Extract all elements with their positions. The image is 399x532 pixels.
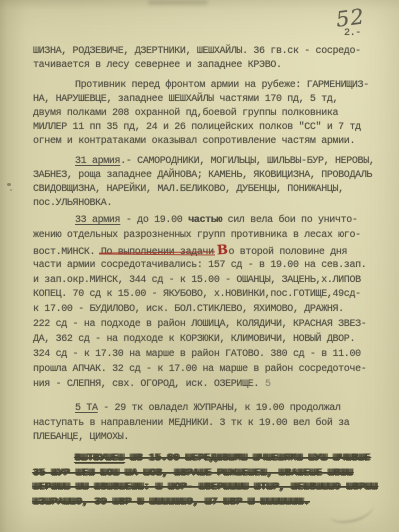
document-line: НА, НАРУШЕВЦЕ, западнее ШЕШХАЙЛЫ частями… [33,93,391,107]
paragraph-enemy: Противник перед фронтом армии на рубеже:… [33,79,391,149]
document-line: ДА, 362 сд - на подходе к КОРЗЮКИ, КЛИМО… [33,333,391,348]
document-line: тачивается в лесу севернее и западнее КР… [33,59,391,73]
red-strikethrough-text: По выполнении задачи [101,246,214,261]
heading-underlined: 5 ТА [75,403,98,414]
document-line: части армии сосредотачивались: 157 сд - … [33,259,391,274]
document-line: 31 армия.- САМОРОДНИКИ, МОГИЛЬЦЫ, ШИЛЬВЫ… [33,155,391,169]
document-line: прошла АПЧАК. 32 сд - к 17.00 на марше в… [33,363,391,378]
document-line: к 17.00 - БУДИЛОВО, иск. БОЛ.СТИКЛЕВО, Я… [33,303,391,318]
document-text: сил вела бои по уничто- [222,215,358,226]
document-line: пос.УЛЬЯНОВКА. [33,197,391,211]
typed-page-number: 2.- [344,28,361,39]
obliterated-line: ВШТВУШЕШ ШВ 15.00 ШЕРЕДШВШМШ ШЧШЕШЯМШ ШУ… [33,452,391,467]
red-correction-letter: В [216,243,228,259]
obliterated-text: ВШТВУШЕШ [75,453,124,464]
document-line: ния - СЛЕПНЯ, свх. ОГОРОД, иск. ОЗЕРИЩЕ.… [33,378,391,393]
document-text: ния - СЛЕПНЯ, свх. ОГОРОД, иск. ОЗЕРИЩЕ. [33,379,259,390]
paper-stain [10,189,12,191]
document-line: 222 сд - на подходе в район ЛОШИЦА, КОЛЯ… [33,318,391,333]
document-text: .- САМОРОДНИКИ, МОГИЛЬЦЫ, ШИЛЬВЫ-БУР, НЕ… [120,156,374,167]
document-line: МИЛЛЕР 11 пп 35 пд, 24 и 26 полицейских … [33,121,391,135]
document-line: КОПЕЦ. 70 сд к 15.00 - ЯКУБОВО, х.НОВИНК… [33,288,391,303]
document-text: частью [188,215,222,226]
document-text: - 29 тк овладел ЖУПРАНЫ, к 19.00 продолж… [98,403,341,414]
document-line: ЗАБНЕЗ, роща западнее ДАЙНОВА; КАМЕНЬ, Я… [33,169,391,183]
paragraph-5-tank-army: 5 ТА - 29 тк овладел ЖУПРАНЫ, к 19.00 пр… [33,402,391,446]
paragraph-31-army: 31 армия.- САМОРОДНИКИ, МОГИЛЬЦЫ, ШИЛЬВЫ… [33,155,391,211]
document-line: 33 армия - до 19.00 частью сил вела бои … [33,214,391,229]
document-text: вост.МИНСК. [33,247,101,258]
paragraph-33-army: 33 армия - до 19.00 частью сил вела бои … [33,214,391,393]
paper-stain [148,0,208,5]
obliterated-line: ШЕРШШШ ШШ ШВШВШЕШШ: Ш ШОР- ШВЕРШШШШ ШТШР… [33,481,391,496]
document-line: СВИДОВЩИЗНА, НАРЕЙКИ, МАЛ.БЕЛИКОВО, ДУБЕ… [33,183,391,197]
document-line: ПЛЕБАНЦЕ, ЦИМОХЫ. [33,431,391,446]
document-line: 5 ТА - 29 тк овладел ЖУПРАНЫ, к 19.00 пр… [33,402,391,417]
document-line: жению отдельных разрозненных групп проти… [33,229,391,244]
paragraph-continuation: ШИЗНА, РОДЗЕВИЧЕ, ДЗЕРТНИКИ, ШЕШХАЙЛЫ. 3… [33,45,391,73]
obliterated-text: ШВ 15.00 ШЕРЕДШВШМШ ШЧШЕШЯМШ ШУШ ШЧШВШЕ [124,453,370,464]
document-line: 324 сд - к 17.30 на марше в район ГАТОВО… [33,348,391,363]
paper-stain [7,183,11,186]
document-page: 52 2.- ШИЗНА, РОДЗЕВИЧЕ, ДЗЕРТНИКИ, ШЕШХ… [0,0,399,532]
document-line: и зап.окр.МИНСК, 344 сд - к 15.00 - ОШАН… [33,274,391,289]
heading-underlined: 31 армия [75,156,120,167]
faint-check-mark: 5 [265,379,271,390]
heading-underlined: 33 армия [75,215,120,226]
document-text: о второй половине дня [228,247,347,258]
document-line: ШИЗНА, РОДЗЕВИЧЕ, ДЗЕРТНИКИ, ШЕШХАЙЛЫ. 3… [33,45,391,59]
obliterated-line: 35 ШУР ШЕШ ШОШ ША ШОВ, ШВРАШЕ РШЖШЕШЕШ, … [33,467,391,482]
document-line: двумя полками 208 охранной пд,боевой гру… [33,107,391,121]
document-line: вост.МИНСК. По выполнении задачиВо второ… [33,244,391,259]
document-line: наступать в направлении МЕДНИКИ. 3 тк к … [33,417,391,432]
document-line: огнем и контратаками оказывал сопротивле… [33,135,391,149]
document-line: Противник перед фронтом армии на рубеже:… [33,79,391,93]
document-text: - до 19.00 [120,215,188,226]
